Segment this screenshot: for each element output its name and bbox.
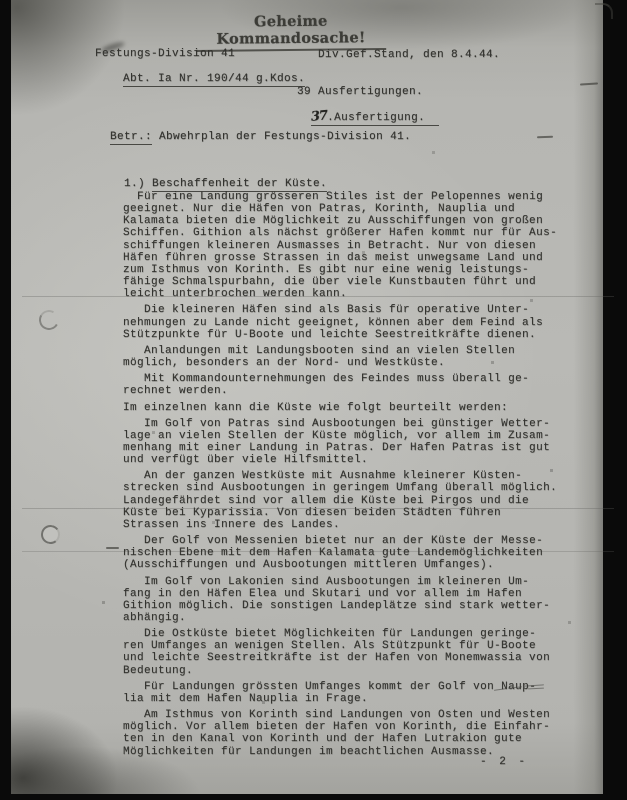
body-paragraph: Am Isthmus von Korinth sind Landungen vo…: [123, 709, 575, 758]
body-paragraph: Im einzelnen kann die Küste wie folgt be…: [123, 402, 575, 414]
body-paragraph: Die Ostküste bietet Möglichkeiten für La…: [123, 628, 575, 677]
secrecy-stamp: Geheime Kommandosache!: [196, 12, 386, 52]
punch-hole-top: [37, 308, 61, 332]
body-paragraph: Im Golf von Lakonien sind Ausbootungen i…: [123, 576, 575, 625]
section-number: 1.): [124, 178, 145, 190]
subject-text: Abwehrplan der Festungs-Division 41.: [159, 131, 411, 143]
punch-hole-bottom: [40, 524, 61, 545]
body-paragraph: Anlandungen mit Landungsbooten sind an v…: [123, 345, 575, 369]
paper-speckles: [11, 0, 12, 1]
body-paragraph: Der Golf von Messenien bietet nur an der…: [123, 535, 575, 571]
file-reference: Abt. Ia Nr. 190/44 g.Kdos.: [95, 61, 305, 99]
page-corner-curl: [595, 3, 613, 19]
body-paragraph: Im Golf von Patras sind Ausbootungen bei…: [123, 418, 575, 467]
file-reference-text: Abt. Ia Nr. 190/44 g.Kdos.: [123, 73, 305, 87]
body-paragraph: Die kleineren Häfen sind als Basis für o…: [123, 304, 575, 340]
body-text: Für eine Landung grösseren Stiles ist de…: [123, 191, 575, 762]
body-paragraph: Für eine Landung grösseren Stiles ist de…: [123, 191, 575, 300]
unit-name: Festungs-Division 41: [95, 48, 235, 60]
subject-label: Betr.:: [110, 131, 152, 145]
page-number: - 2 -: [480, 756, 528, 768]
subject-line: Betr.:Abwehrplan der Festungs-Division 4…: [82, 119, 411, 157]
date-line: Div.Gef.Stand, den 8.4.44.: [318, 49, 500, 61]
pencil-squiggle: [494, 684, 546, 692]
body-paragraph: An der ganzen Westküste mit Ausnahme kle…: [123, 470, 575, 531]
copies-total: 39 Ausfertigungen.: [297, 86, 423, 98]
scanned-document: Geheime Kommandosache! Festungs-Division…: [0, 0, 627, 800]
body-paragraph: Mit Kommandounternehmungen des Feindes m…: [123, 373, 575, 397]
pencil-dash: [106, 547, 119, 549]
